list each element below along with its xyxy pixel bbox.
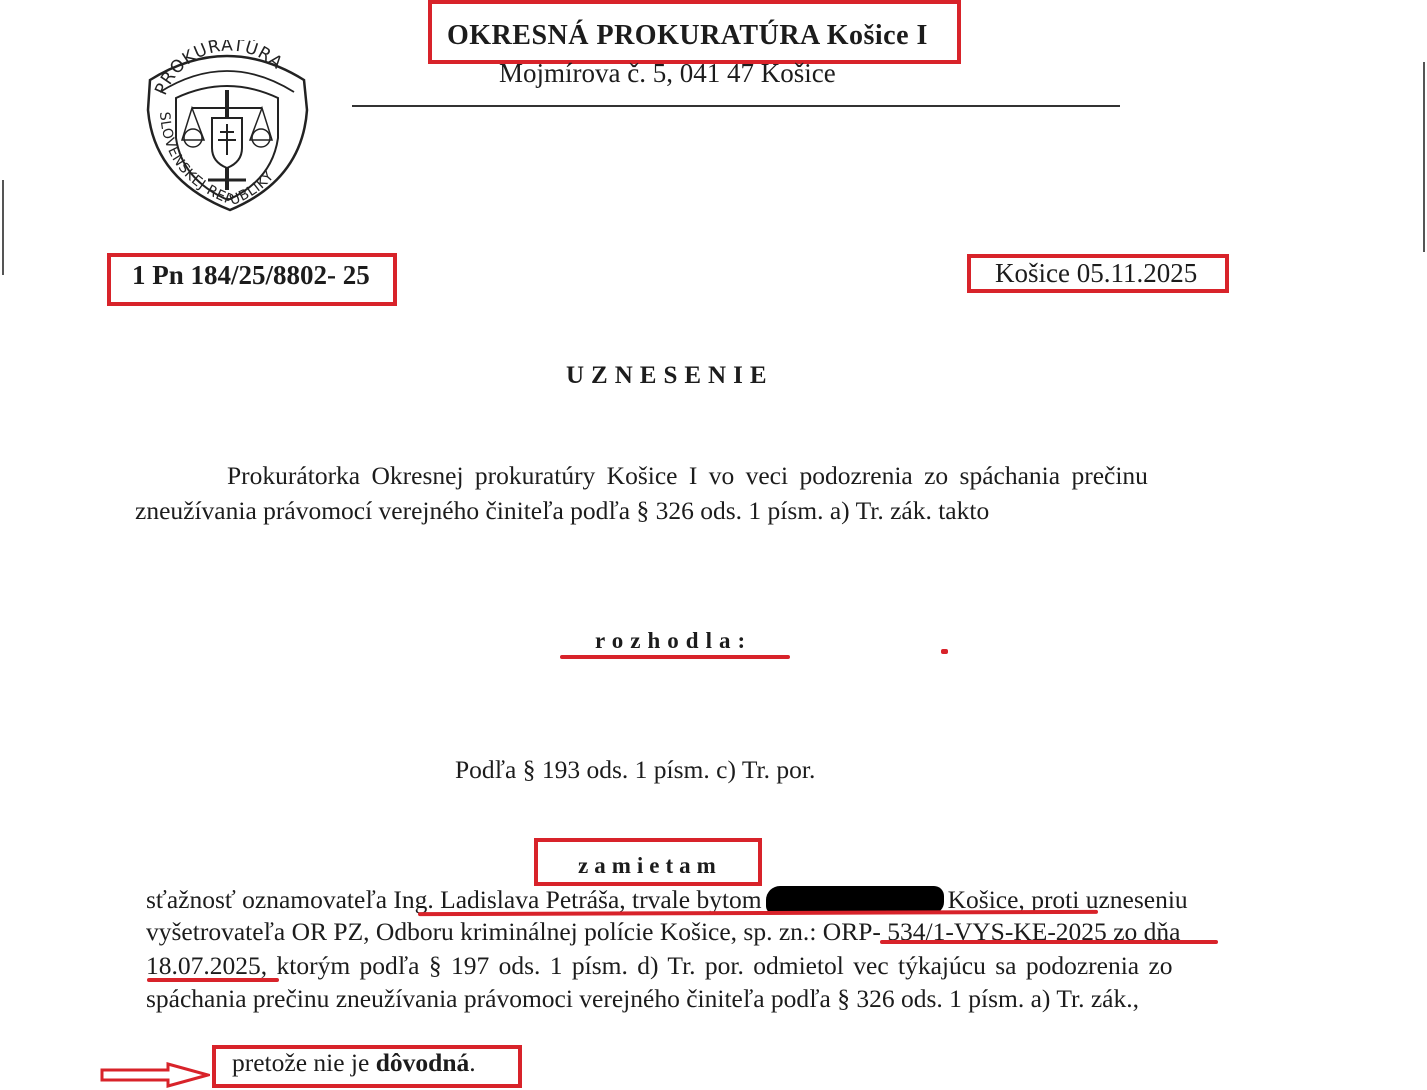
complainant-name: Ing. Ladislava Petráša, trvale bytom [393,885,761,914]
svg-text:PROKURATÚRA: PROKURATÚRA [151,40,286,98]
prosecution-seal-icon: PROKURATÚRA SLOVENSKEJ REPUBLIKY [142,40,312,212]
annotation-underline-decided [560,655,790,659]
body-line-3: 18.07.2025, ktorým podľa § 197 ods. 1 pí… [146,948,1173,983]
body-text: sťažnosť oznamovateľa [146,885,393,914]
scan-edge-right [1423,62,1425,252]
annotation-box-date [967,254,1229,293]
intro-line-2: zneužívania právomocí verejného činiteľa… [135,493,989,528]
decided-heading: rozhodla: [595,628,752,654]
body-text: ktorým podľa § 197 ods. 1 písm. d) Tr. p… [267,951,1172,980]
header-divider [352,105,1120,107]
annotation-box-reason [212,1045,522,1088]
annotation-underline-reference [880,940,1218,944]
body-line-4: spáchania prečinu zneužívania právomoci … [146,981,1139,1016]
legal-basis: Podľa § 193 ods. 1 písm. c) Tr. por. [455,755,815,785]
office-address: Mojmírova č. 5, 041 47 Košice [499,58,836,89]
annotation-box-verdict [534,838,762,886]
annotation-dot [941,649,948,654]
right-arrow-icon [100,1062,210,1088]
intro-line-1: Prokurátorka Okresnej prokuratúry Košice… [227,458,1148,493]
annotation-box-case-number [107,253,397,306]
scan-edge-left [2,180,4,275]
body-text: vyšetrovateľa OR PZ, Odboru kriminálnej … [146,917,809,946]
document-type-heading: UZNESENIE [566,362,774,390]
annotation-box-office-title [428,0,961,64]
resolution-date: 18.07.2025, [146,951,267,980]
